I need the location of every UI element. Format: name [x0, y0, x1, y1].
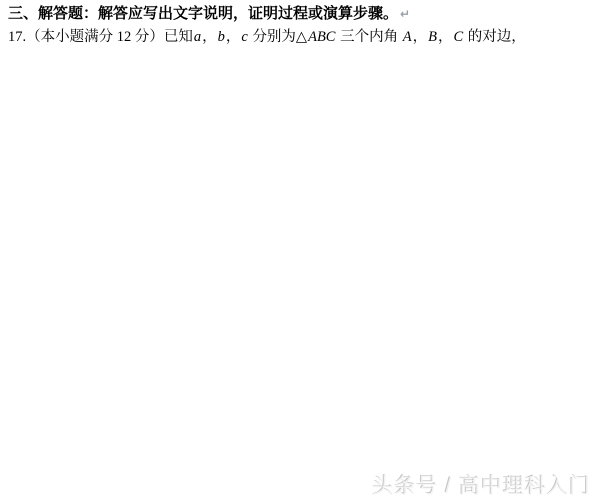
- math-variable: B: [427, 29, 438, 45]
- math-variable: C: [452, 29, 464, 45]
- math-variable: b: [217, 29, 226, 45]
- section-header: 三、解答题：解答应写出文字说明，证明过程或演算步骤。↵: [0, 4, 595, 24]
- text-run: ，: [202, 29, 217, 45]
- text-run: ，: [413, 29, 428, 45]
- problem-statement-line-1: 17.（本小题满分 12 分）已知a，b，c 分别为△ABC 三个内角 A，B，…: [0, 27, 595, 47]
- paragraph-return-icon: ↵: [400, 7, 410, 21]
- text-run: ，: [226, 29, 241, 45]
- math-variable: a: [193, 29, 202, 45]
- math-variable: ABC: [307, 29, 336, 45]
- text-run: ，: [438, 29, 453, 45]
- math-variable: c: [240, 29, 248, 45]
- text-run: 的对边，: [464, 29, 526, 45]
- text-run: 三、解答题：解答应写出文字说明，证明过程或演算步骤。: [8, 6, 398, 22]
- document: 三、解答题：解答应写出文字说明，证明过程或演算步骤。↵17.（本小题满分 12 …: [0, 0, 595, 503]
- text-run: 三个内角: [336, 29, 401, 45]
- math-variable: A: [402, 29, 413, 45]
- watermark: 头条号 / 高中理科入门: [372, 470, 591, 500]
- text-run: 17.（本小题满分 12 分）已知: [8, 29, 193, 45]
- text-run: 分别为△: [249, 29, 307, 45]
- document-lines: 三、解答题：解答应写出文字说明，证明过程或演算步骤。↵17.（本小题满分 12 …: [0, 4, 595, 47]
